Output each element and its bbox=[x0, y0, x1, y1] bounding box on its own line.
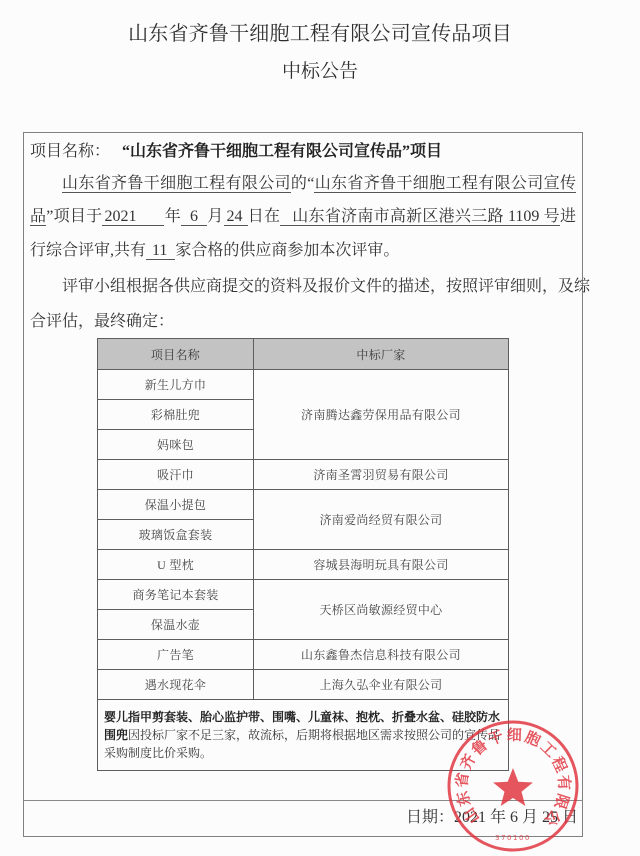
note-text: 因投标厂家不足三家，故流标，后期将根据地区需求按照公司的宣传品采购制度比价采购。 bbox=[104, 728, 500, 760]
item-cell: 彩棉肚兜 bbox=[98, 400, 254, 430]
date-value: 2021 年 6 月 25 日 bbox=[454, 809, 578, 826]
para2-line2: 合评估，最终确定： bbox=[30, 305, 576, 339]
table-header-row: 项目名称 中标厂家 bbox=[98, 339, 509, 370]
vendor-cell: 上海久弘伞业有限公司 bbox=[254, 670, 509, 700]
static-text: ”项目于 bbox=[46, 208, 102, 225]
static-text: 日在 bbox=[248, 208, 281, 225]
para1-line1: 山东省齐鲁干细胞工程有限公司的“山东省齐鲁干细胞工程有限公司宣传 bbox=[30, 167, 576, 201]
para1-line3: 行综合评审,共有11家合格的供应商参加本次评审。 bbox=[30, 234, 576, 268]
table-row: 商务笔记本套装 天桥区尚敏源经贸中心 bbox=[98, 580, 509, 610]
static-text: 行综合评审,共有 bbox=[30, 242, 146, 259]
announcement-date: 日期：2021 年 6 月 25 日 bbox=[406, 800, 578, 836]
company-name: 山东省齐鲁干细胞工程有限公司 bbox=[62, 175, 291, 193]
project-name-value: “山东省齐鲁干细胞工程有限公司宣传品”项目 bbox=[122, 143, 442, 160]
static-text: 进 bbox=[560, 208, 576, 225]
para1-line2: 品”项目于2021年6月24日在山东省济南市高新区港兴三路 1109 号进 bbox=[30, 200, 576, 234]
item-cell: 新生儿方巾 bbox=[98, 370, 254, 400]
column-header-vendor: 中标厂家 bbox=[254, 339, 509, 370]
item-cell: 玻璃饭盒套装 bbox=[98, 520, 254, 550]
document-subtitle: 中标公告 bbox=[0, 58, 640, 86]
table-row: 保温小提包 济南爱尚经贸有限公司 bbox=[98, 490, 509, 520]
table-row: 吸汗巾 济南圣霄羽贸易有限公司 bbox=[98, 460, 509, 490]
review-year: 2021 bbox=[102, 208, 164, 226]
project-name-label: 项目名称： bbox=[30, 143, 110, 160]
failed-bid-note: 婴儿指甲剪套装、胎心监护带、围嘴、儿童袜、抱枕、折叠水盆、硅胶防水围兜因投标厂家… bbox=[98, 700, 509, 771]
vendor-cell: 山东鑫鲁杰信息科技有限公司 bbox=[254, 640, 509, 670]
item-cell: 广告笔 bbox=[98, 640, 254, 670]
connector-text: 的“ bbox=[291, 175, 314, 192]
review-day: 24 bbox=[224, 208, 248, 226]
vendor-cell: 济南爱尚经贸有限公司 bbox=[254, 490, 509, 550]
item-cell: 商务笔记本套装 bbox=[98, 580, 254, 610]
table-row: 新生儿方巾 济南腾达鑫劳保用品有限公司 bbox=[98, 370, 509, 400]
vendor-cell: 天桥区尚敏源经贸中心 bbox=[254, 580, 509, 640]
award-table: 项目名称 中标厂家 新生儿方巾 济南腾达鑫劳保用品有限公司 彩棉肚兜 妈咪包 吸… bbox=[97, 338, 509, 771]
review-month: 6 bbox=[181, 208, 207, 226]
document-title: 山东省齐鲁干细胞工程有限公司宣传品项目 bbox=[0, 20, 640, 48]
item-cell: 吸汗巾 bbox=[98, 460, 254, 490]
vendor-cell: 容城县海明玩具有限公司 bbox=[254, 550, 509, 580]
review-location: 山东省济南市高新区港兴三路 1109 号 bbox=[280, 208, 560, 226]
para2-line1: 评审小组根据各供应商提交的资料及报价文件的描述，按照评审细则，及综 bbox=[30, 270, 576, 304]
table-note-row: 婴儿指甲剪套装、胎心监护带、围嘴、儿童袜、抱枕、折叠水盆、硅胶防水围兜因投标厂家… bbox=[98, 700, 509, 771]
table-row: U 型枕 容城县海明玩具有限公司 bbox=[98, 550, 509, 580]
item-cell: U 型枕 bbox=[98, 550, 254, 580]
item-cell: 遇水现花伞 bbox=[98, 670, 254, 700]
item-cell: 妈咪包 bbox=[98, 430, 254, 460]
table-row: 遇水现花伞 上海久弘伞业有限公司 bbox=[98, 670, 509, 700]
static-text: 年 bbox=[164, 208, 181, 225]
project-title-part1: 山东省齐鲁干细胞工程有限公司宣传 bbox=[314, 175, 576, 193]
static-text: 家合格的供应商参加本次评审。 bbox=[175, 242, 399, 259]
project-name-line: 项目名称：“山东省齐鲁干细胞工程有限公司宣传品”项目 bbox=[30, 135, 576, 169]
item-cell: 保温水壶 bbox=[98, 610, 254, 640]
table-row: 广告笔 山东鑫鲁杰信息科技有限公司 bbox=[98, 640, 509, 670]
supplier-count: 11 bbox=[146, 242, 175, 260]
vendor-cell: 济南圣霄羽贸易有限公司 bbox=[254, 460, 509, 490]
item-cell: 保温小提包 bbox=[98, 490, 254, 520]
vendor-cell: 济南腾达鑫劳保用品有限公司 bbox=[254, 370, 509, 460]
column-header-item: 项目名称 bbox=[98, 339, 254, 370]
date-label: 日期： bbox=[406, 809, 454, 826]
static-text: 月 bbox=[207, 208, 224, 225]
project-title-part2: 品 bbox=[30, 208, 46, 226]
